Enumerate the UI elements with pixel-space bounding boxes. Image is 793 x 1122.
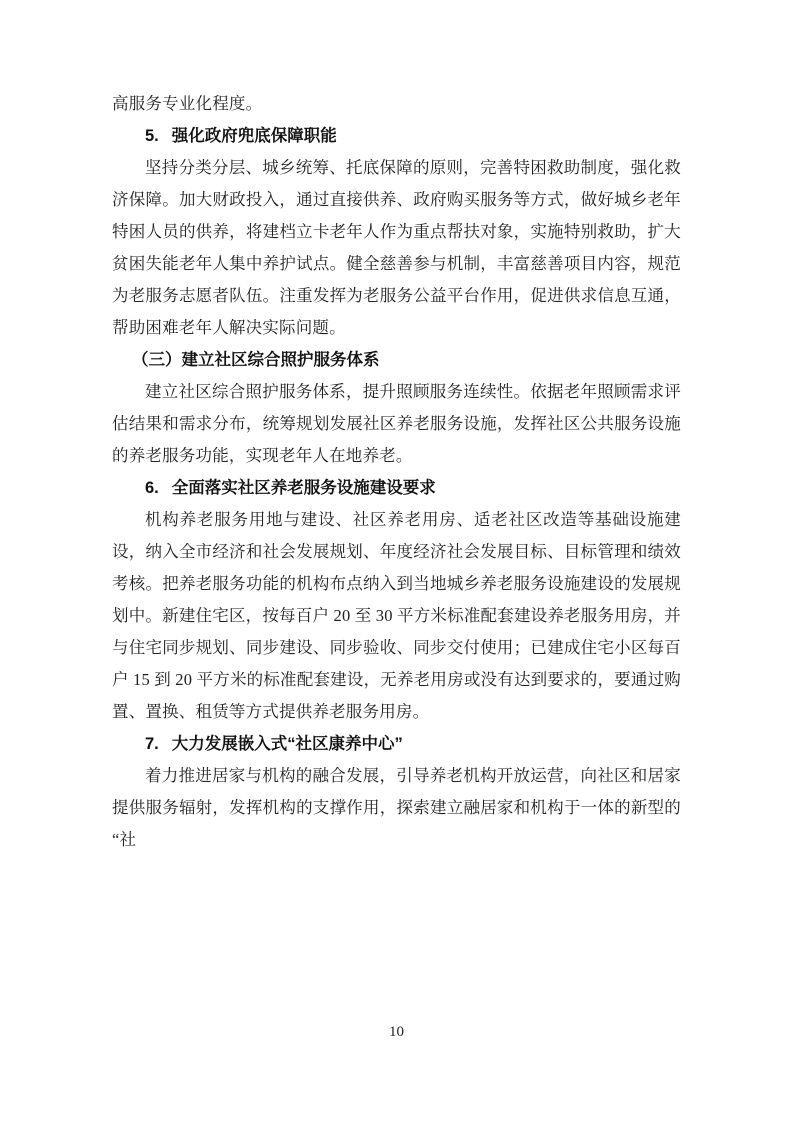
section-6-heading: 6.全面落实社区养老服务设施建设要求 — [112, 472, 681, 504]
section-5-heading: 5.强化政府兜底保障职能 — [112, 120, 681, 152]
section-7-number: 7. — [145, 728, 159, 760]
section-6-title: 全面落实社区养老服务设施建设要求 — [172, 479, 436, 497]
section-7-paragraph: 着力推进居家与机构的融合发展，引导养老机构开放运营，向社区和居家提供服务辐射，发… — [112, 760, 681, 856]
page-content: 高服务专业化程度。 5.强化政府兜底保障职能 坚持分类分层、城乡统筹、托底保障的… — [112, 88, 681, 856]
section-7-title: 大力发展嵌入式“社区康养中心” — [172, 735, 403, 753]
continuation-paragraph: 高服务专业化程度。 — [112, 88, 681, 120]
page-footer: 10 — [0, 1021, 793, 1043]
section-three-heading: （三）建立社区综合照护服务体系 — [112, 344, 681, 376]
section-5-title: 强化政府兜底保障职能 — [172, 127, 337, 145]
document-page: 高服务专业化程度。 5.强化政府兜底保障职能 坚持分类分层、城乡统筹、托底保障的… — [0, 0, 793, 1122]
section-three-paragraph: 建立社区综合照护服务体系，提升照顾服务连续性。依据老年照顾需求评估结果和需求分布… — [112, 376, 681, 472]
section-6-paragraph: 机构养老服务用地与建设、社区养老用房、适老社区改造等基础设施建设，纳入全市经济和… — [112, 504, 681, 728]
page-number: 10 — [389, 1024, 404, 1040]
section-5-number: 5. — [145, 120, 159, 152]
section-three-title: （三）建立社区综合照护服务体系 — [132, 351, 380, 369]
section-7-heading: 7.大力发展嵌入式“社区康养中心” — [112, 728, 681, 760]
section-5-paragraph: 坚持分类分层、城乡统筹、托底保障的原则，完善特困救助制度，强化救济保障。加大财政… — [112, 152, 681, 344]
section-6-number: 6. — [145, 472, 159, 504]
